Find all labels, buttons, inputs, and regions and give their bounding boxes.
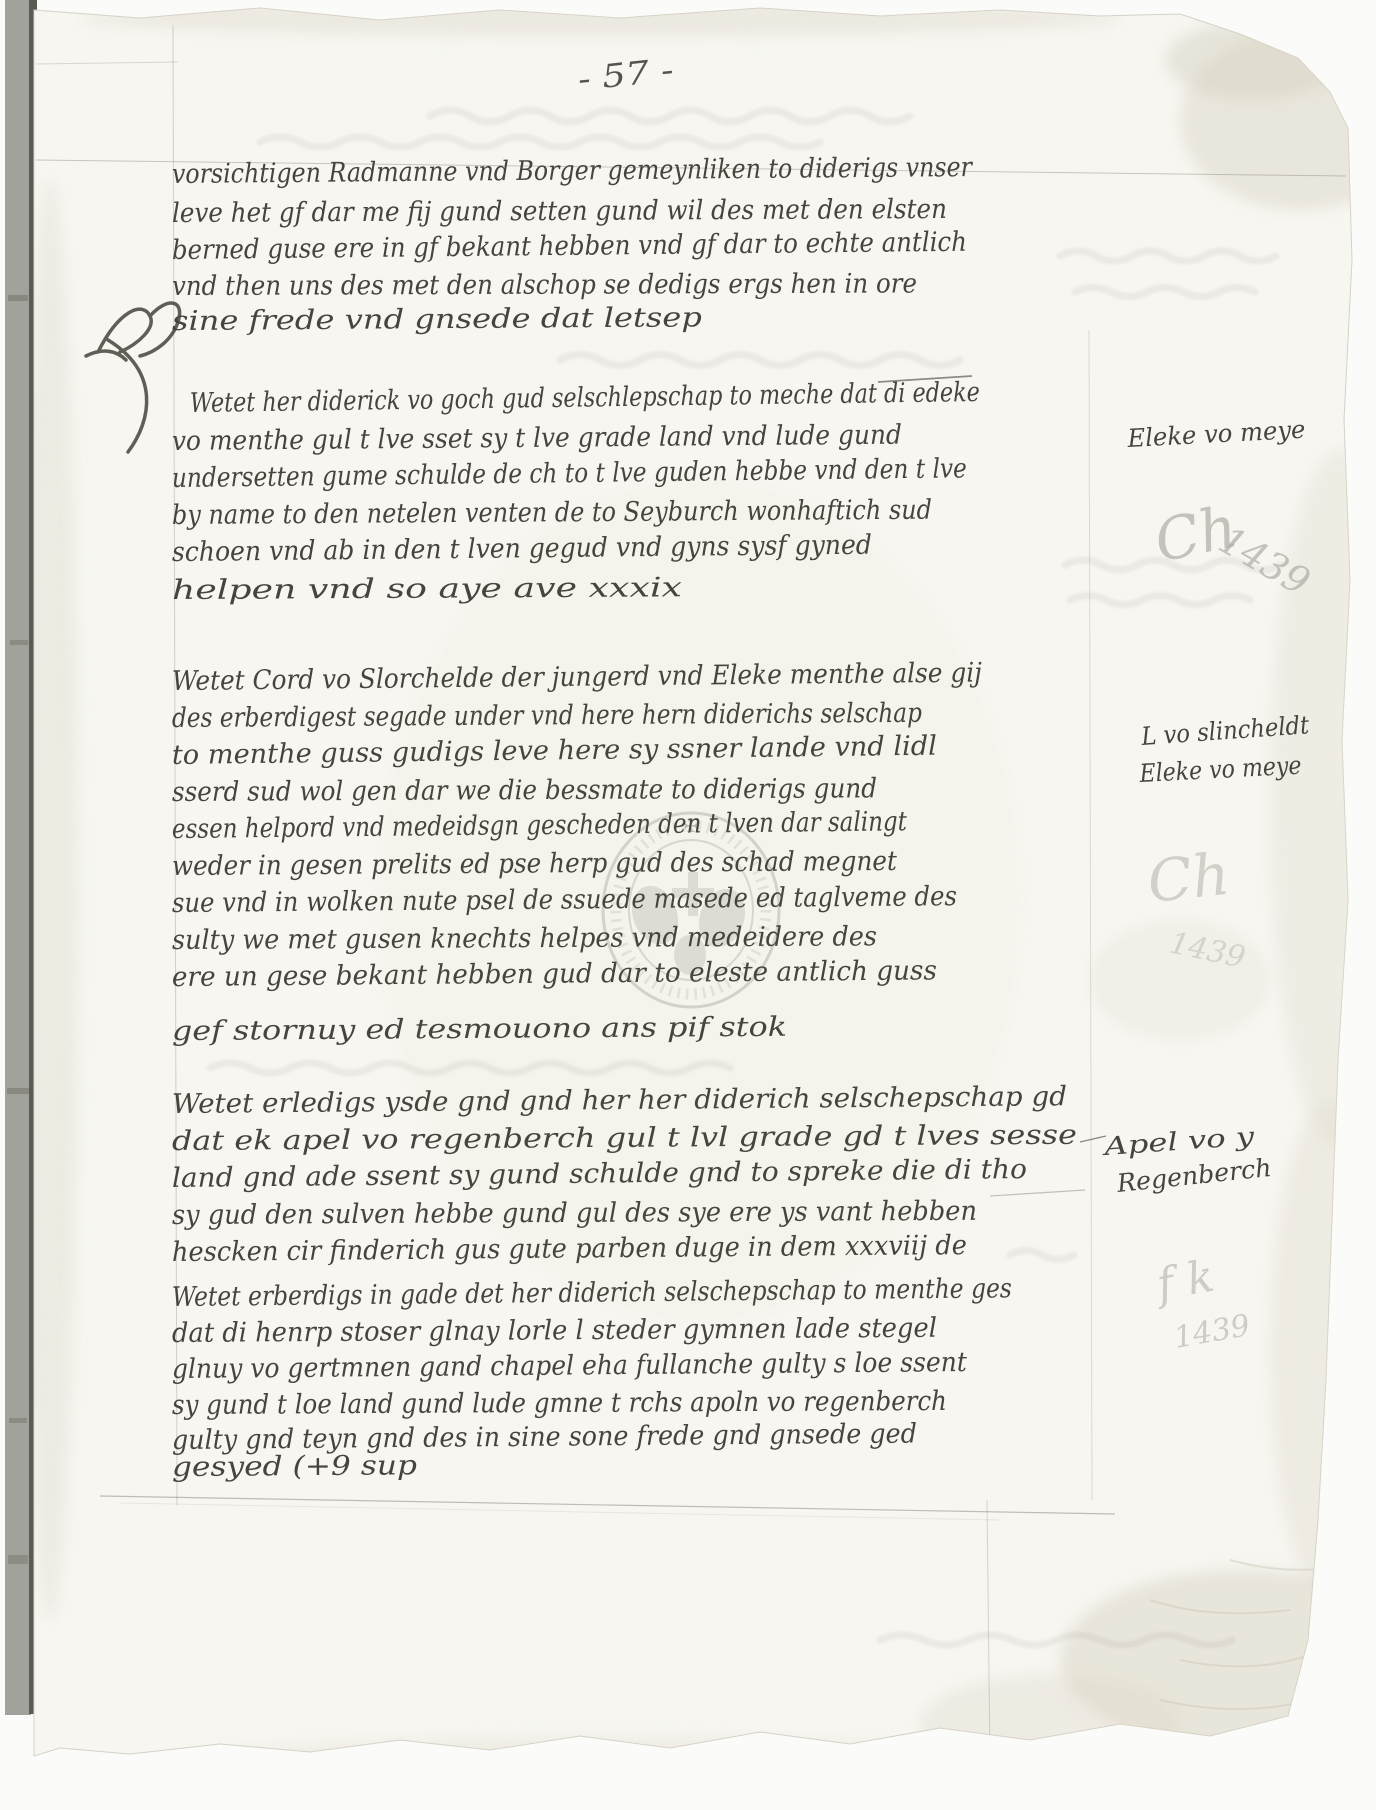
text-line: dat di henrp stoser glnay lorle l steder… [172, 1313, 937, 1349]
text-line: sine frede vnd gnsede dat letsep [172, 302, 702, 337]
text-line: by name to den netelen venten de to Seyb… [172, 495, 932, 531]
text-line: dat ek apel vo regenberch gul t lvl grad… [172, 1120, 1077, 1157]
text-line: sy gund t loe land gund lude gmne t rchs… [172, 1386, 947, 1421]
text-line: sulty we met gusen knechts helpes vnd me… [172, 921, 877, 956]
scanned-manuscript-page: ✠ - 57 - vorsichtigen [0, 0, 1376, 1810]
text-line: weder in gesen prelits ed pse herp gud d… [172, 846, 897, 882]
margin-note-pencil-monogram: Ch [1144, 840, 1232, 916]
text-line: helpen vnd so aye ave xxxix [172, 572, 682, 606]
margin-note-pencil-monogram: f k [1150, 1251, 1218, 1312]
text-line: gesyed (+9 sup [172, 1450, 417, 1483]
text-line: des erberdigest segade under vnd here he… [172, 698, 922, 734]
scan-viewport: ✠ - 57 - vorsichtigen [0, 0, 1376, 1810]
text-block-entry-4: Wetet erledigs ysde gnd gnd her her dide… [172, 1081, 1077, 1268]
text-line: sserd sud wol gen dar we die bessmate to… [172, 773, 877, 808]
book-edge-strip [5, 0, 37, 1715]
text-line: sy gud den sulven hebbe gund gul des sye… [172, 1196, 977, 1231]
text-line: leve het gf dar me fij gund setten gund … [172, 194, 947, 229]
text-line: vo menthe gul t lve sset sy t lve grade … [172, 420, 902, 457]
text-line: vnd then uns des met den alschop se dedi… [172, 268, 917, 302]
text-line: gef stornuy ed tesmouono ans pif stok [172, 1012, 787, 1047]
